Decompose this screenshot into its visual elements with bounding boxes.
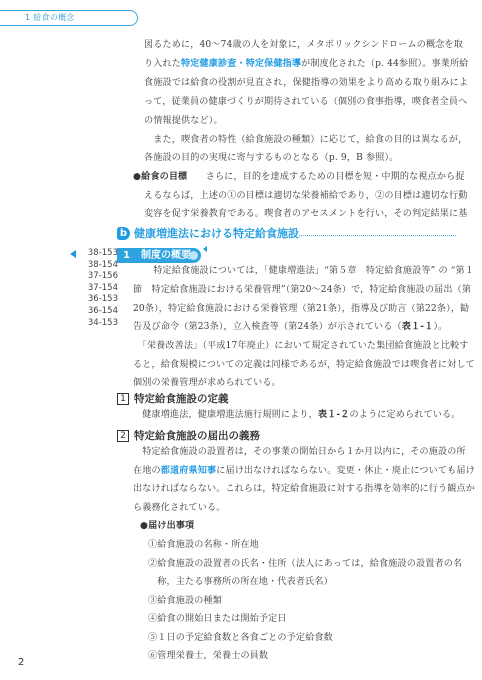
goal-label: ●給食の目標 <box>133 172 187 182</box>
notification-item: ①給食施設の名称・所在地 <box>148 536 476 555</box>
item-2-heading: 2特定給食施設の届出の義務 <box>117 428 260 444</box>
chapter-tab-label: 1 給食の概念 <box>25 12 75 24</box>
item-1-line: 健康増進法，健康増進法施行規則により，表１-２のように定められている。 <box>133 406 461 425</box>
item-number-box: 1 <box>117 393 129 405</box>
overview-line-5: 「栄養改善法」（平成17年廃止）において規定されていた集団給食施設と比較す <box>133 337 461 356</box>
item-title: 特定給食施設の定義 <box>134 393 229 405</box>
highlight-term: 特定健康診査・特定保健指導 <box>181 58 301 69</box>
subsection-number: 1 <box>123 248 130 263</box>
exam-ref: 34-153 <box>72 318 118 330</box>
notification-item: ②給食施設の設置者の氏名・住所（法人にあっては，給食施設の設置者の名 <box>148 555 476 574</box>
exam-ref: 38-154 <box>72 260 118 272</box>
exam-reference-list: 38-153 38-154 37-156 37-154 36-153 36-15… <box>72 248 118 329</box>
notification-item: ⑤１日の予定給食数と各食ごとの予定給食数 <box>148 629 476 648</box>
item-2-line-4: ら義務化されている。 <box>133 499 461 518</box>
table-ref: 表１-１ <box>402 321 434 332</box>
overview-line-1: 特定給食施設については，「健康増進法」“第５章 特定給食施設等” の “第１ <box>144 262 472 281</box>
overview-line-7: 個別の栄養管理が求められている。 <box>133 374 461 393</box>
goal-line-2: えるならば，上述の①の目標は適切な栄養補給であり，②の目標は適切な行動 <box>144 187 472 206</box>
intro-line-1: 図るために，40～74歳の人を対象に，メタボリックシンドロームの概念を取 <box>144 36 472 55</box>
intro-line-2: り入れた特定健康診査・特定保健指導が制度化された（p. 44参照）。事業所給 <box>144 55 472 74</box>
intro-line-4: って，従業員の健康づくりが期待されている（個別の食事指導，喫食者全員へ <box>144 93 472 112</box>
reference-arrow-icon <box>70 250 76 258</box>
subsection-dot-icon <box>189 251 198 260</box>
section-b-heading: b 健康増進法における特定給食施設 <box>117 226 457 242</box>
item-title: 特定給食施設の届出の義務 <box>134 430 260 442</box>
exam-ref: 36-153 <box>72 294 118 306</box>
section-title: 健康増進法における特定給食施設 <box>134 226 299 242</box>
goal-line-1: ●給食の目標 さらに，目的を達成するための目標を短・中期的な視点から捉 <box>133 168 461 187</box>
item-1-heading: 1特定給食施設の定義 <box>117 391 229 407</box>
notification-label: ●届け出事項 <box>140 517 468 536</box>
goal-line-3: 変容を促す栄養教育である。喫食者のアセスメントを行い，その判定結果に基 <box>144 205 472 224</box>
exam-mark-icon <box>203 246 207 252</box>
item-2-line-1: 特定給食施設の設置者は，その事業の開始日から１か月以内に，その施設の所 <box>133 443 461 462</box>
exam-ref: 37-154 <box>72 283 118 295</box>
subsection-label: 制度の概要 <box>141 248 191 263</box>
notification-item: 称，主たる事務所の所在地・代表者氏名） <box>148 573 476 592</box>
highlight-term: 都道府県知事 <box>161 465 216 476</box>
exam-ref: 37-156 <box>72 271 118 283</box>
item-2-line-3: 出なければならない。これらは，特定給食施設に対する指導を効率的に行う観点か <box>133 480 461 499</box>
section-rule <box>299 235 456 236</box>
notification-item: ③給食施設の種類 <box>148 592 476 611</box>
intro-line-3: 食施設では給食の役割が見直され，保健指導の効果をより高める取り組みによ <box>144 74 472 93</box>
item-2-line-2: 在地の都道府県知事に届け出なければならない。変更・休止・廃止についても届け <box>133 462 461 481</box>
intro-line-7: 各施設の目的の実現に寄与するものとなる（p. 9，B 参照）。 <box>144 149 472 168</box>
overview-line-3: 20条），特定給食施設における栄養管理（第21条），指導及び助言（第22条），勧 <box>133 300 461 319</box>
notification-item: ④給食の開始日または開始予定日 <box>148 610 476 629</box>
notification-item: ⑥管理栄養士，栄養士の員数 <box>148 647 476 666</box>
page-number: 2 <box>18 657 24 668</box>
intro-line-5: の情報提供など）。 <box>144 112 472 131</box>
section-badge: b <box>117 227 130 240</box>
overview-line-6: ると，給食規模についての定義は同様であるが，特定給食施設では喫食者に対して <box>133 356 461 375</box>
exam-ref: 38-153 <box>72 248 118 260</box>
overview-line-4: 告及び命令（第23条），立入検査等（第24条）が示されている（表１-１）。 <box>133 318 461 337</box>
item-number-box: 2 <box>117 430 129 442</box>
chapter-tab: 1 給食の概念 <box>0 10 138 26</box>
exam-ref: 36-154 <box>72 306 118 318</box>
intro-line-6: また，喫食者の特性（給食施設の種類）に応じて，給食の目的は異なるが， <box>144 131 472 150</box>
overview-line-2: 節 特定給食施設における栄養管理”（第20～24条）で，特定給食施設の届出（第 <box>133 281 461 300</box>
table-ref: 表１-２ <box>318 409 350 420</box>
